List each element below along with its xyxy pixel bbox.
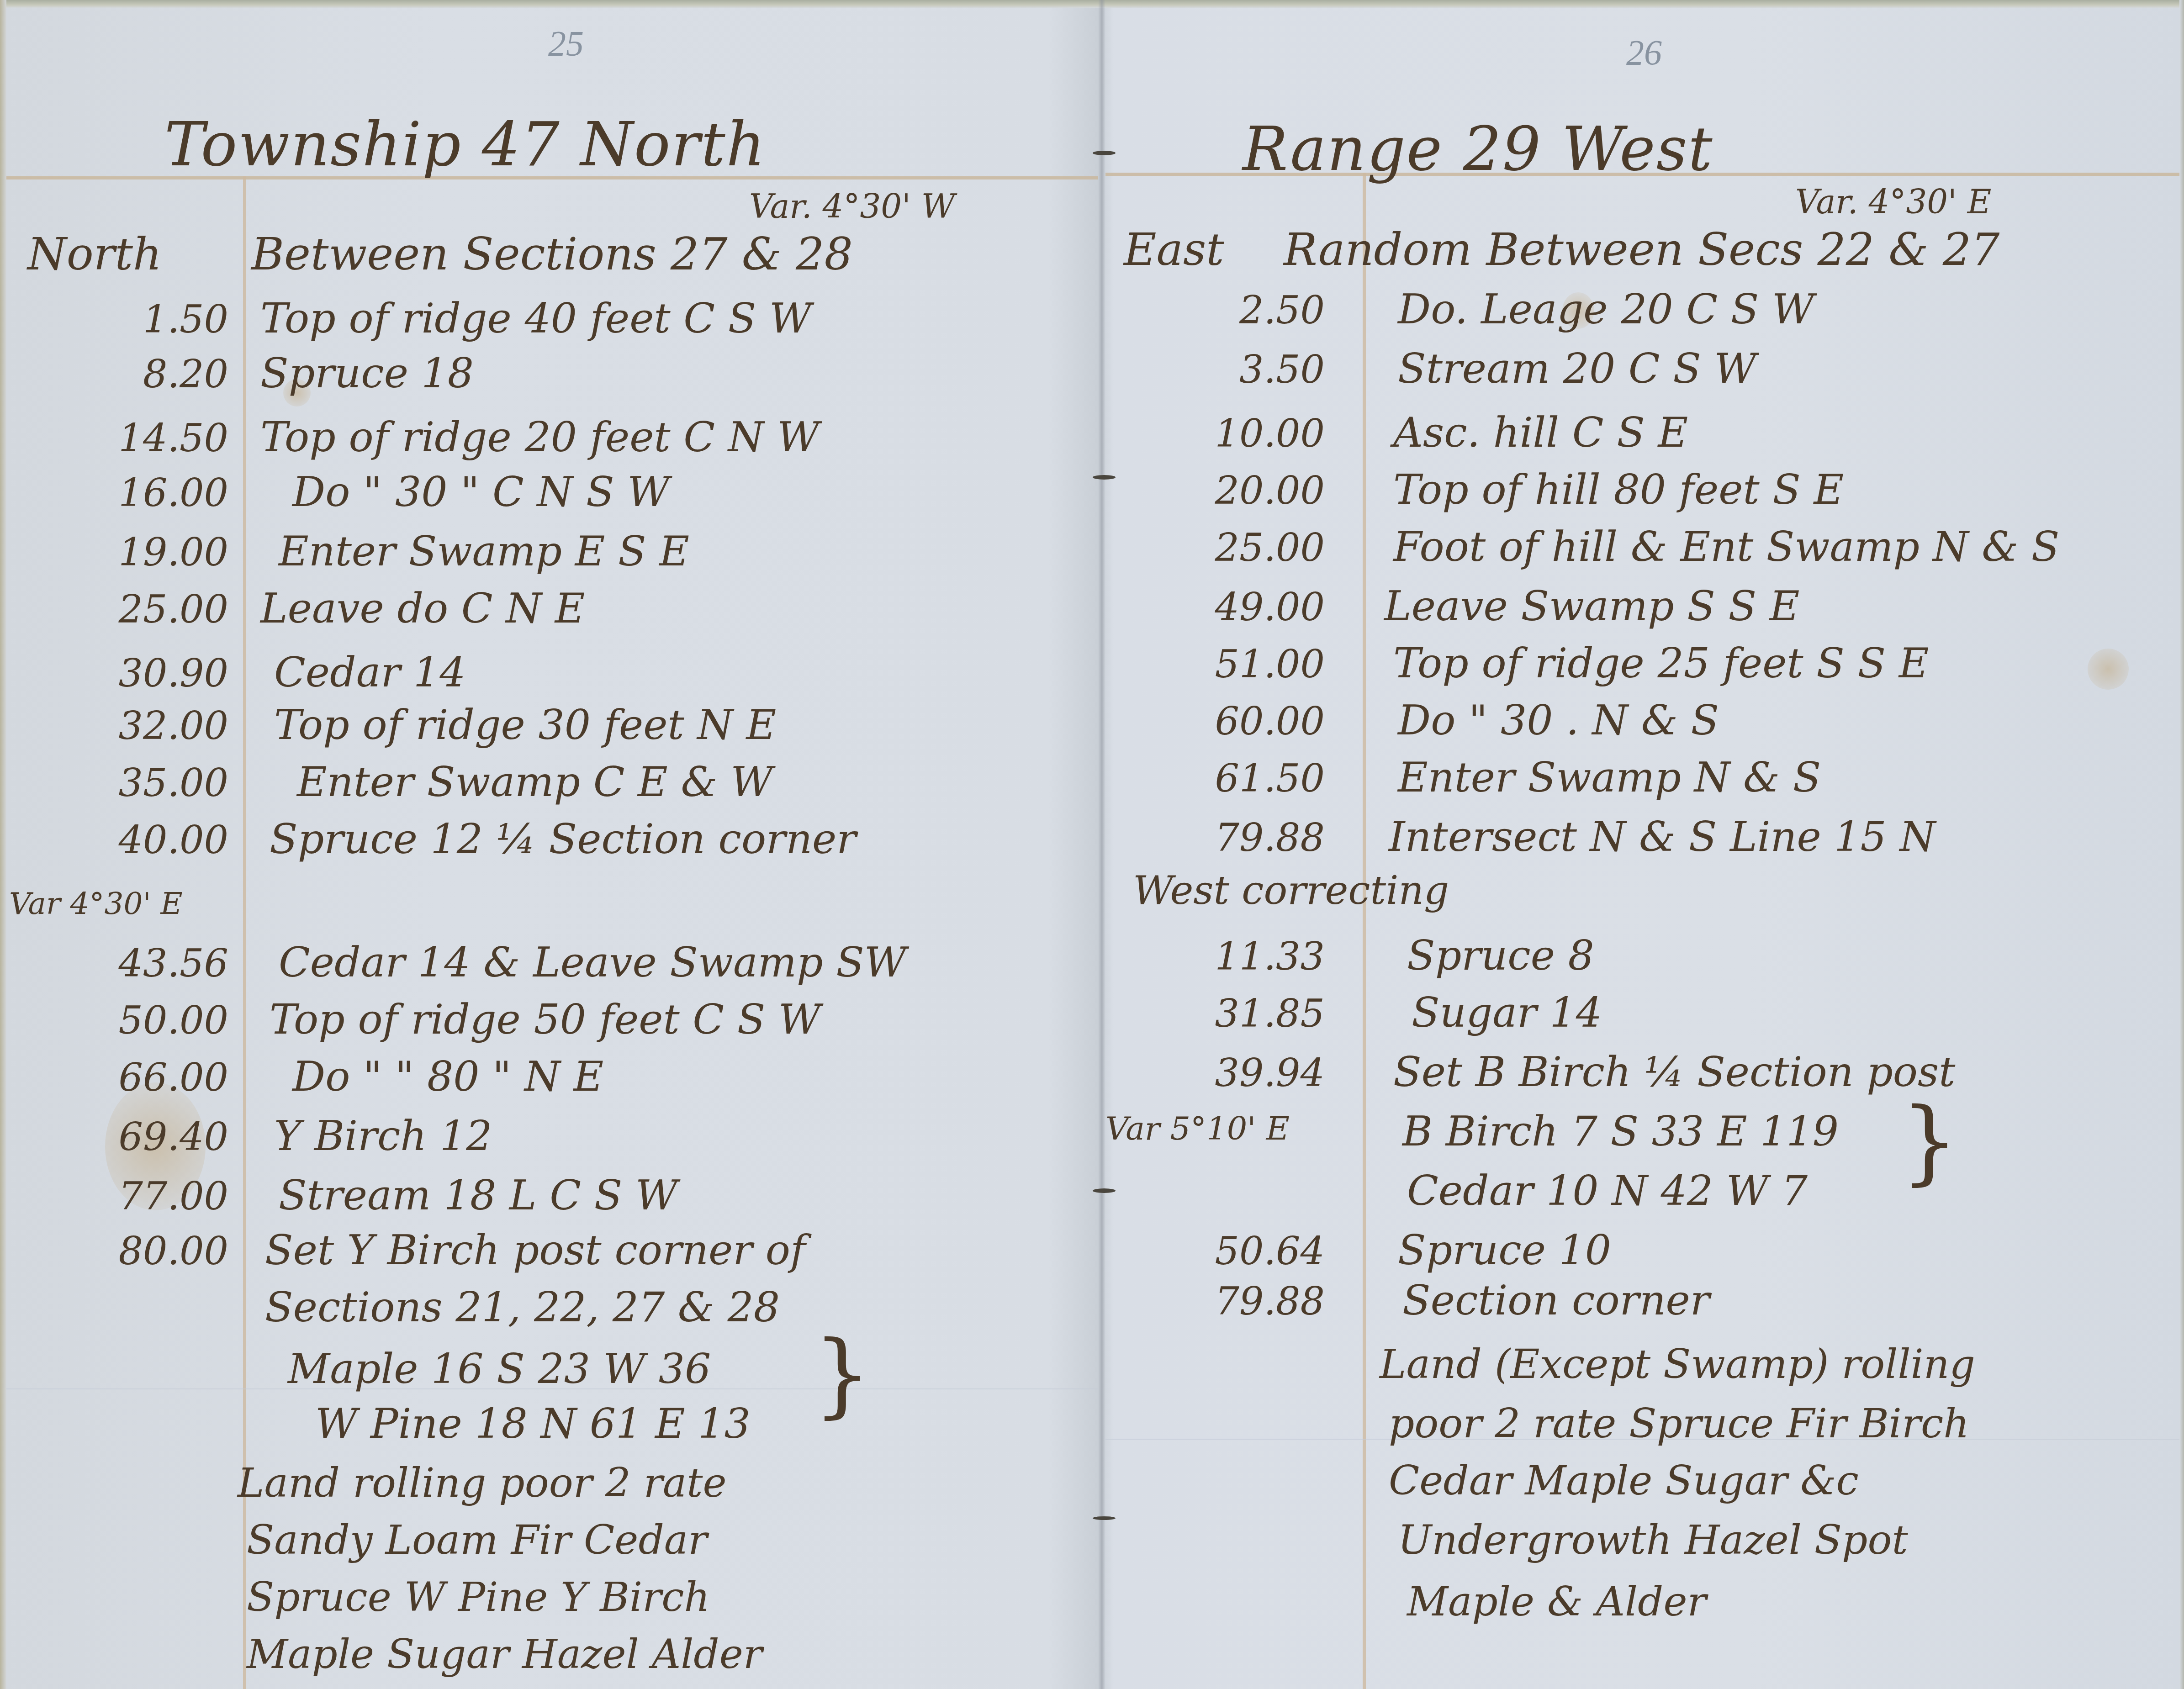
chain-distance: 80.00	[37, 1229, 228, 1273]
binding-gutter	[1098, 0, 1105, 1689]
field-note: Spruce 18	[260, 349, 474, 397]
field-note-continuation: Sections 21, 22, 27 & 28	[265, 1283, 780, 1331]
land-description-line: poor 2 rate Spruce Fir Birch	[1389, 1400, 1969, 1447]
field-note: Leave do C N E	[260, 585, 585, 633]
page-title: Range 29 West	[1243, 114, 1713, 185]
land-description-line: Land (Except Swamp) rolling	[1380, 1341, 1975, 1388]
field-note: Enter Swamp N & S	[1398, 754, 1821, 802]
margin-rule	[1363, 173, 1366, 1689]
field-note: Stream 20 C S W	[1398, 345, 1756, 393]
chain-distance: 50.64	[1133, 1229, 1325, 1273]
field-note: Stream 18 L C S W	[279, 1172, 677, 1219]
field-note: Leave Swamp S S E	[1384, 582, 1800, 630]
chain-distance: 25.00	[1133, 525, 1325, 570]
bearing-tree: W Pine 18 N 61 E 13	[315, 1400, 751, 1448]
stain	[2088, 649, 2129, 690]
field-note: Top of ridge 30 feet N E	[274, 701, 776, 749]
chain-distance: 30.90	[37, 651, 228, 696]
land-description-line: Sandy Loam Fir Cedar	[247, 1516, 707, 1563]
land-description-line: Cedar Maple Sugar &c	[1389, 1457, 1859, 1504]
field-note: Do. Leage 20 C S W	[1398, 285, 1814, 333]
field-note: Spruce 12 ¼ Section corner	[270, 815, 856, 863]
chain-distance: 35.00	[37, 760, 228, 805]
field-note: Top of ridge 40 feet C S W	[260, 295, 811, 343]
chain-distance: 40.00	[37, 818, 228, 862]
chain-distance: 61.50	[1133, 756, 1325, 801]
field-note: Section corner	[1402, 1277, 1710, 1325]
notebook-spread: 25 Township 47 North Var. 4°30' W North …	[0, 0, 2184, 1689]
chain-distance: 11.33	[1133, 934, 1325, 979]
chain-distance: 32.00	[37, 703, 228, 748]
chain-distance: 50.00	[37, 998, 228, 1043]
field-note: Do " 30 " C N S W	[292, 468, 670, 516]
field-note: Asc. hill C S E	[1393, 409, 1688, 457]
field-note: Cedar 14	[274, 649, 466, 697]
chain-distance: 66.00	[37, 1055, 228, 1100]
field-note: Top of ridge 50 feet C S W	[270, 996, 820, 1044]
chain-distance: 43.56	[37, 941, 228, 986]
field-note: Enter Swamp C E & W	[297, 758, 773, 806]
chain-distance: 14.50	[37, 416, 228, 460]
chain-distance: 20.00	[1133, 468, 1325, 513]
land-description-line: Maple Sugar Hazel Alder	[247, 1631, 762, 1678]
page-number: 26	[1626, 32, 1662, 73]
chain-distance: 39.94	[1133, 1050, 1325, 1095]
field-note: Top of ridge 20 feet C N W	[260, 413, 820, 461]
bracket: }	[1900, 1096, 1958, 1188]
chain-distance: 49.00	[1133, 585, 1325, 629]
margin-variation-note: Var 5°10' E	[1105, 1110, 1290, 1147]
bearing-tree: Cedar 10 N 42 W 7	[1407, 1167, 1808, 1215]
field-note: Do " " 80 " N E	[292, 1053, 603, 1101]
chain-distance: 1.50	[37, 297, 228, 342]
line-heading: Random Between Secs 22 & 27	[1284, 224, 1999, 276]
field-note: Foot of hill & Ent Swamp N & S	[1393, 523, 2060, 571]
left-page: 25 Township 47 North Var. 4°30' W North …	[0, 0, 1098, 1689]
field-note: Set Y Birch post corner of	[265, 1226, 805, 1274]
field-note: Top of hill 80 feet S E	[1393, 466, 1844, 514]
chain-distance: 60.00	[1133, 699, 1325, 744]
page-number: 25	[548, 23, 584, 64]
field-note: Cedar 14 & Leave Swamp SW	[279, 939, 906, 987]
field-note: Sugar 14	[1412, 989, 1602, 1037]
chain-distance: 51.00	[1133, 642, 1325, 686]
bearing-tree: B Birch 7 S 33 E 119	[1402, 1108, 1839, 1156]
variation-note: Var. 4°30' W	[749, 187, 955, 226]
line-direction: North	[27, 228, 162, 280]
bracket: }	[813, 1329, 871, 1420]
chain-distance: 69.40	[37, 1114, 228, 1159]
field-note: Spruce 8	[1407, 932, 1594, 980]
land-description-line: Undergrowth Hazel Spot	[1398, 1516, 1908, 1563]
variation-note: Var. 4°30' E	[1795, 183, 1991, 221]
bearing-tree: Maple 16 S 23 W 36	[288, 1345, 711, 1393]
land-description-line: Maple & Alder	[1407, 1578, 1707, 1625]
field-note: Top of ridge 25 feet S S E	[1393, 639, 1929, 687]
field-note: Enter Swamp E S E	[279, 528, 689, 575]
field-note: Intersect N & S Line 15 N	[1389, 813, 1935, 861]
field-note: Do " 30 . N & S	[1398, 697, 1719, 744]
chain-distance: 10.00	[1133, 411, 1325, 456]
right-page: 26 Range 29 West Var. 4°30' E East Rando…	[1105, 0, 2184, 1689]
chain-distance: 2.50	[1133, 288, 1325, 333]
land-description-line: Land rolling poor 2 rate	[238, 1459, 727, 1506]
chain-distance: 16.00	[37, 470, 228, 515]
field-note: Y Birch 12	[274, 1112, 492, 1160]
chain-distance: 79.88	[1133, 815, 1325, 860]
line-heading: Between Sections 27 & 28	[251, 228, 853, 280]
chain-distance: 3.50	[1133, 347, 1325, 392]
land-description-line: Spruce W Pine Y Birch	[247, 1573, 710, 1620]
line-direction: East	[1124, 224, 1224, 276]
correction-heading: West correcting	[1133, 868, 1449, 913]
chain-distance: 8.20	[37, 352, 228, 396]
margin-variation-note: Var 4°30' E	[9, 886, 183, 921]
chain-distance: 77.00	[37, 1174, 228, 1219]
chain-distance: 25.00	[37, 587, 228, 632]
chain-distance: 19.00	[37, 530, 228, 575]
chain-distance: 31.85	[1133, 991, 1325, 1036]
field-note: Set B Birch ¼ Section post	[1393, 1048, 1955, 1096]
page-title: Township 47 North	[164, 110, 766, 180]
field-note: Spruce 10	[1398, 1226, 1611, 1274]
chain-distance: 79.88	[1133, 1279, 1325, 1324]
